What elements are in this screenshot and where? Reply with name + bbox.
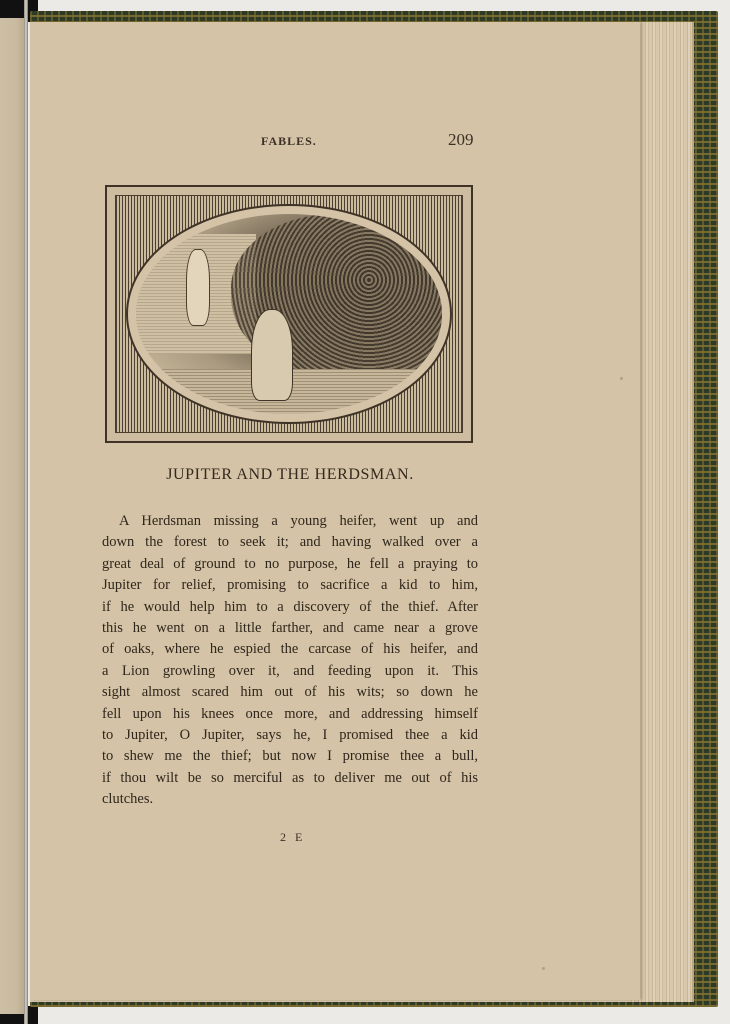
body-line: to shew me the thief; but now I promise … [102,746,478,767]
body-line: fell upon his knees once more, and addre… [102,704,478,725]
engraving-illustration [105,185,473,443]
body-line: sight almost scared him out of his wits;… [102,682,478,703]
body-line: to Jupiter, O Jupiter, says he, I promis… [102,725,478,746]
body-line: great deal of ground to no purpose, he f… [102,554,478,575]
page-number: 209 [448,130,474,150]
body-line: this he went on a little farther, and ca… [102,618,478,639]
oval-vignette [126,204,452,424]
gutter [24,0,28,1024]
facing-page-edge [0,18,24,1014]
body-line: of oaks, where he espied the carcase of … [102,639,478,660]
foxing-spot [542,967,545,970]
body-line: if he would help him to a discovery of t… [102,597,478,618]
signature-mark: 2 E [280,830,305,845]
body-line: A Herdsman missing a young heifer, went … [102,511,478,532]
foxing-spot [620,377,623,380]
fable-title: JUPITER AND THE HERDSMAN. [30,466,550,484]
body-line: down the forest to seek it; and having w… [102,532,478,553]
book-page: FABLES. 209 JUPITER AND THE HERDSMAN. A … [30,22,640,1000]
engraving-hatched-frame [115,195,463,433]
kneeling-herdsman-figure [251,309,293,401]
body-line: clutches. [102,789,478,810]
engraving-scene [136,214,442,414]
running-head: FABLES. [261,134,317,149]
body-line: if thou wilt be so merciful as to delive… [102,768,478,789]
fable-body: A Herdsman missing a young heifer, went … [102,511,478,811]
jupiter-figure [186,249,210,326]
body-line: Jupiter for relief, promising to sacrifi… [102,575,478,596]
body-line: a Lion growling over it, and feeding upo… [102,661,478,682]
